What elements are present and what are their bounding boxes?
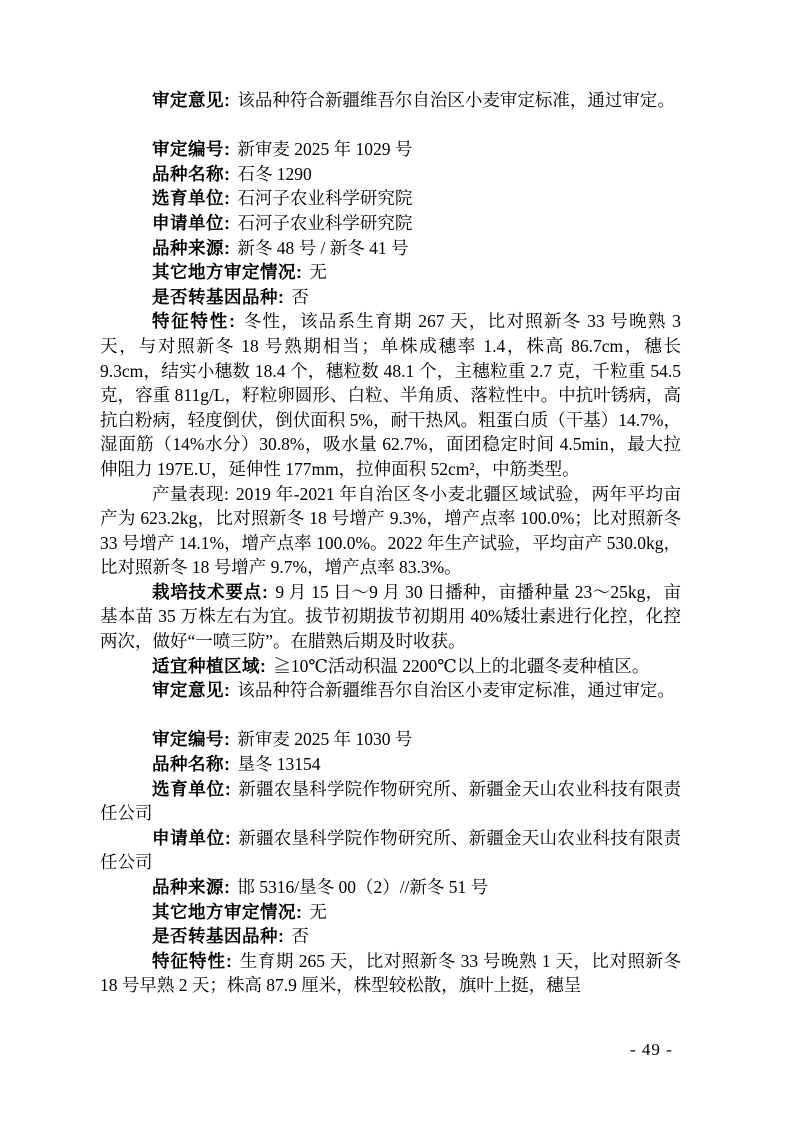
paragraph-certification-opinion: 审定意见:该品种符合新疆维吾尔自治区小麦审定标准，通过审定。 — [100, 678, 681, 703]
paragraph-cultivation-points: 栽培技术要点:9 月 15 日～9 月 30 日播种，亩播种量 23～25kg，… — [100, 580, 681, 654]
traits-text: 冬性，该品系生育期 267 天，比对照新冬 33 号晚熟 3 天，与对照新冬 1… — [100, 311, 681, 479]
field-label: 审定编号: — [152, 729, 230, 749]
field-value: 新审麦 2025 年 1030 号 — [237, 729, 412, 749]
field-label: 申请单位: — [152, 213, 230, 233]
field-label: 是否转基因品种: — [152, 926, 284, 946]
field-label: 是否转基因品种: — [152, 287, 284, 307]
opinion-text: 该品种符合新疆维吾尔自治区小麦审定标准，通过审定。 — [237, 90, 675, 110]
paragraph-suitable-region: 适宜种植区域:≧10℃活动积温 2200℃以上的北疆冬麦种植区。 — [100, 654, 681, 679]
field-value: 新审麦 2025 年 1029 号 — [237, 139, 412, 159]
field-value: 否 — [291, 926, 309, 946]
field-label: 品种名称: — [152, 164, 230, 184]
field-other-certification: 其它地方审定情况:无 — [100, 260, 681, 285]
field-breeding-unit: 选育单位:石河子农业科学研究院 — [100, 186, 681, 211]
field-certification-number: 审定编号:新审麦 2025 年 1029 号 — [100, 137, 681, 162]
traits-label: 特征特性: — [152, 311, 235, 331]
field-value: 石河子农业科学研究院 — [237, 188, 412, 208]
field-gmo-status: 是否转基因品种:否 — [100, 285, 681, 310]
region-label: 适宜种植区域: — [152, 656, 266, 676]
field-other-certification: 其它地方审定情况:无 — [100, 900, 681, 925]
field-value: 新冬 48 号 / 新冬 41 号 — [237, 238, 408, 258]
paragraph-traits: 特征特性:冬性，该品系生育期 267 天，比对照新冬 33 号晚熟 3 天，与对… — [100, 309, 681, 481]
field-value: 否 — [291, 287, 309, 307]
field-value: 石河子农业科学研究院 — [237, 213, 412, 233]
field-breeding-unit: 选育单位:新疆农垦科学院作物研究所、新疆金天山农业科技有限责任公司 — [100, 777, 681, 826]
yield-label: 产量表现: — [152, 484, 229, 504]
field-label: 审定编号: — [152, 139, 230, 159]
field-label: 选育单位: — [152, 779, 231, 799]
field-variety-name: 品种名称:垦冬 13154 — [100, 752, 681, 777]
field-label: 品种名称: — [152, 754, 230, 774]
opinion-text: 该品种符合新疆维吾尔自治区小麦审定标准，通过审定。 — [237, 680, 675, 700]
field-value: 无 — [309, 902, 327, 922]
field-applicant-unit: 申请单位:石河子农业科学研究院 — [100, 211, 681, 236]
field-variety-source: 品种来源:邯 5316/垦冬 00（2）//新冬 51 号 — [100, 875, 681, 900]
blank-line — [100, 113, 681, 138]
opinion-label: 审定意见: — [152, 90, 230, 110]
opinion-label: 审定意见: — [152, 680, 230, 700]
region-text: ≧10℃活动积温 2200℃以上的北疆冬麦种植区。 — [273, 656, 649, 676]
field-gmo-status: 是否转基因品种:否 — [100, 924, 681, 949]
field-label: 选育单位: — [152, 188, 230, 208]
field-label: 品种来源: — [152, 877, 230, 897]
document-body: 审定意见:该品种符合新疆维吾尔自治区小麦审定标准，通过审定。 审定编号:新审麦 … — [100, 88, 681, 998]
field-applicant-unit: 申请单位:新疆农垦科学院作物研究所、新疆金天山农业科技有限责任公司 — [100, 826, 681, 875]
field-certification-number: 审定编号:新审麦 2025 年 1030 号 — [100, 727, 681, 752]
traits-label: 特征特性: — [152, 951, 232, 971]
cultivation-label: 栽培技术要点: — [152, 582, 268, 602]
field-value: 无 — [309, 262, 327, 282]
paragraph-traits: 特征特性:生育期 265 天，比对照新冬 33 号晚熟 1 天，比对照新冬 18… — [100, 949, 681, 998]
field-value: 垦冬 13154 — [237, 754, 320, 774]
field-label: 其它地方审定情况: — [152, 262, 302, 282]
field-variety-source: 品种来源:新冬 48 号 / 新冬 41 号 — [100, 236, 681, 261]
paragraph-certification-opinion-tail: 审定意见:该品种符合新疆维吾尔自治区小麦审定标准，通过审定。 — [100, 88, 681, 113]
field-label: 品种来源: — [152, 238, 230, 258]
field-label: 其它地方审定情况: — [152, 902, 302, 922]
field-variety-name: 品种名称:石冬 1290 — [100, 162, 681, 187]
blank-line — [100, 703, 681, 728]
paragraph-yield-performance: 产量表现:2019 年-2021 年自治区冬小麦北疆区域试验，两年平均亩产为 6… — [100, 482, 681, 580]
field-value: 石冬 1290 — [237, 164, 311, 184]
document-page: 审定意见:该品种符合新疆维吾尔自治区小麦审定标准，通过审定。 审定编号:新审麦 … — [0, 0, 793, 1122]
field-value: 邯 5316/垦冬 00（2）//新冬 51 号 — [237, 877, 488, 897]
page-number: - 49 - — [630, 1040, 673, 1060]
field-label: 申请单位: — [152, 828, 231, 848]
